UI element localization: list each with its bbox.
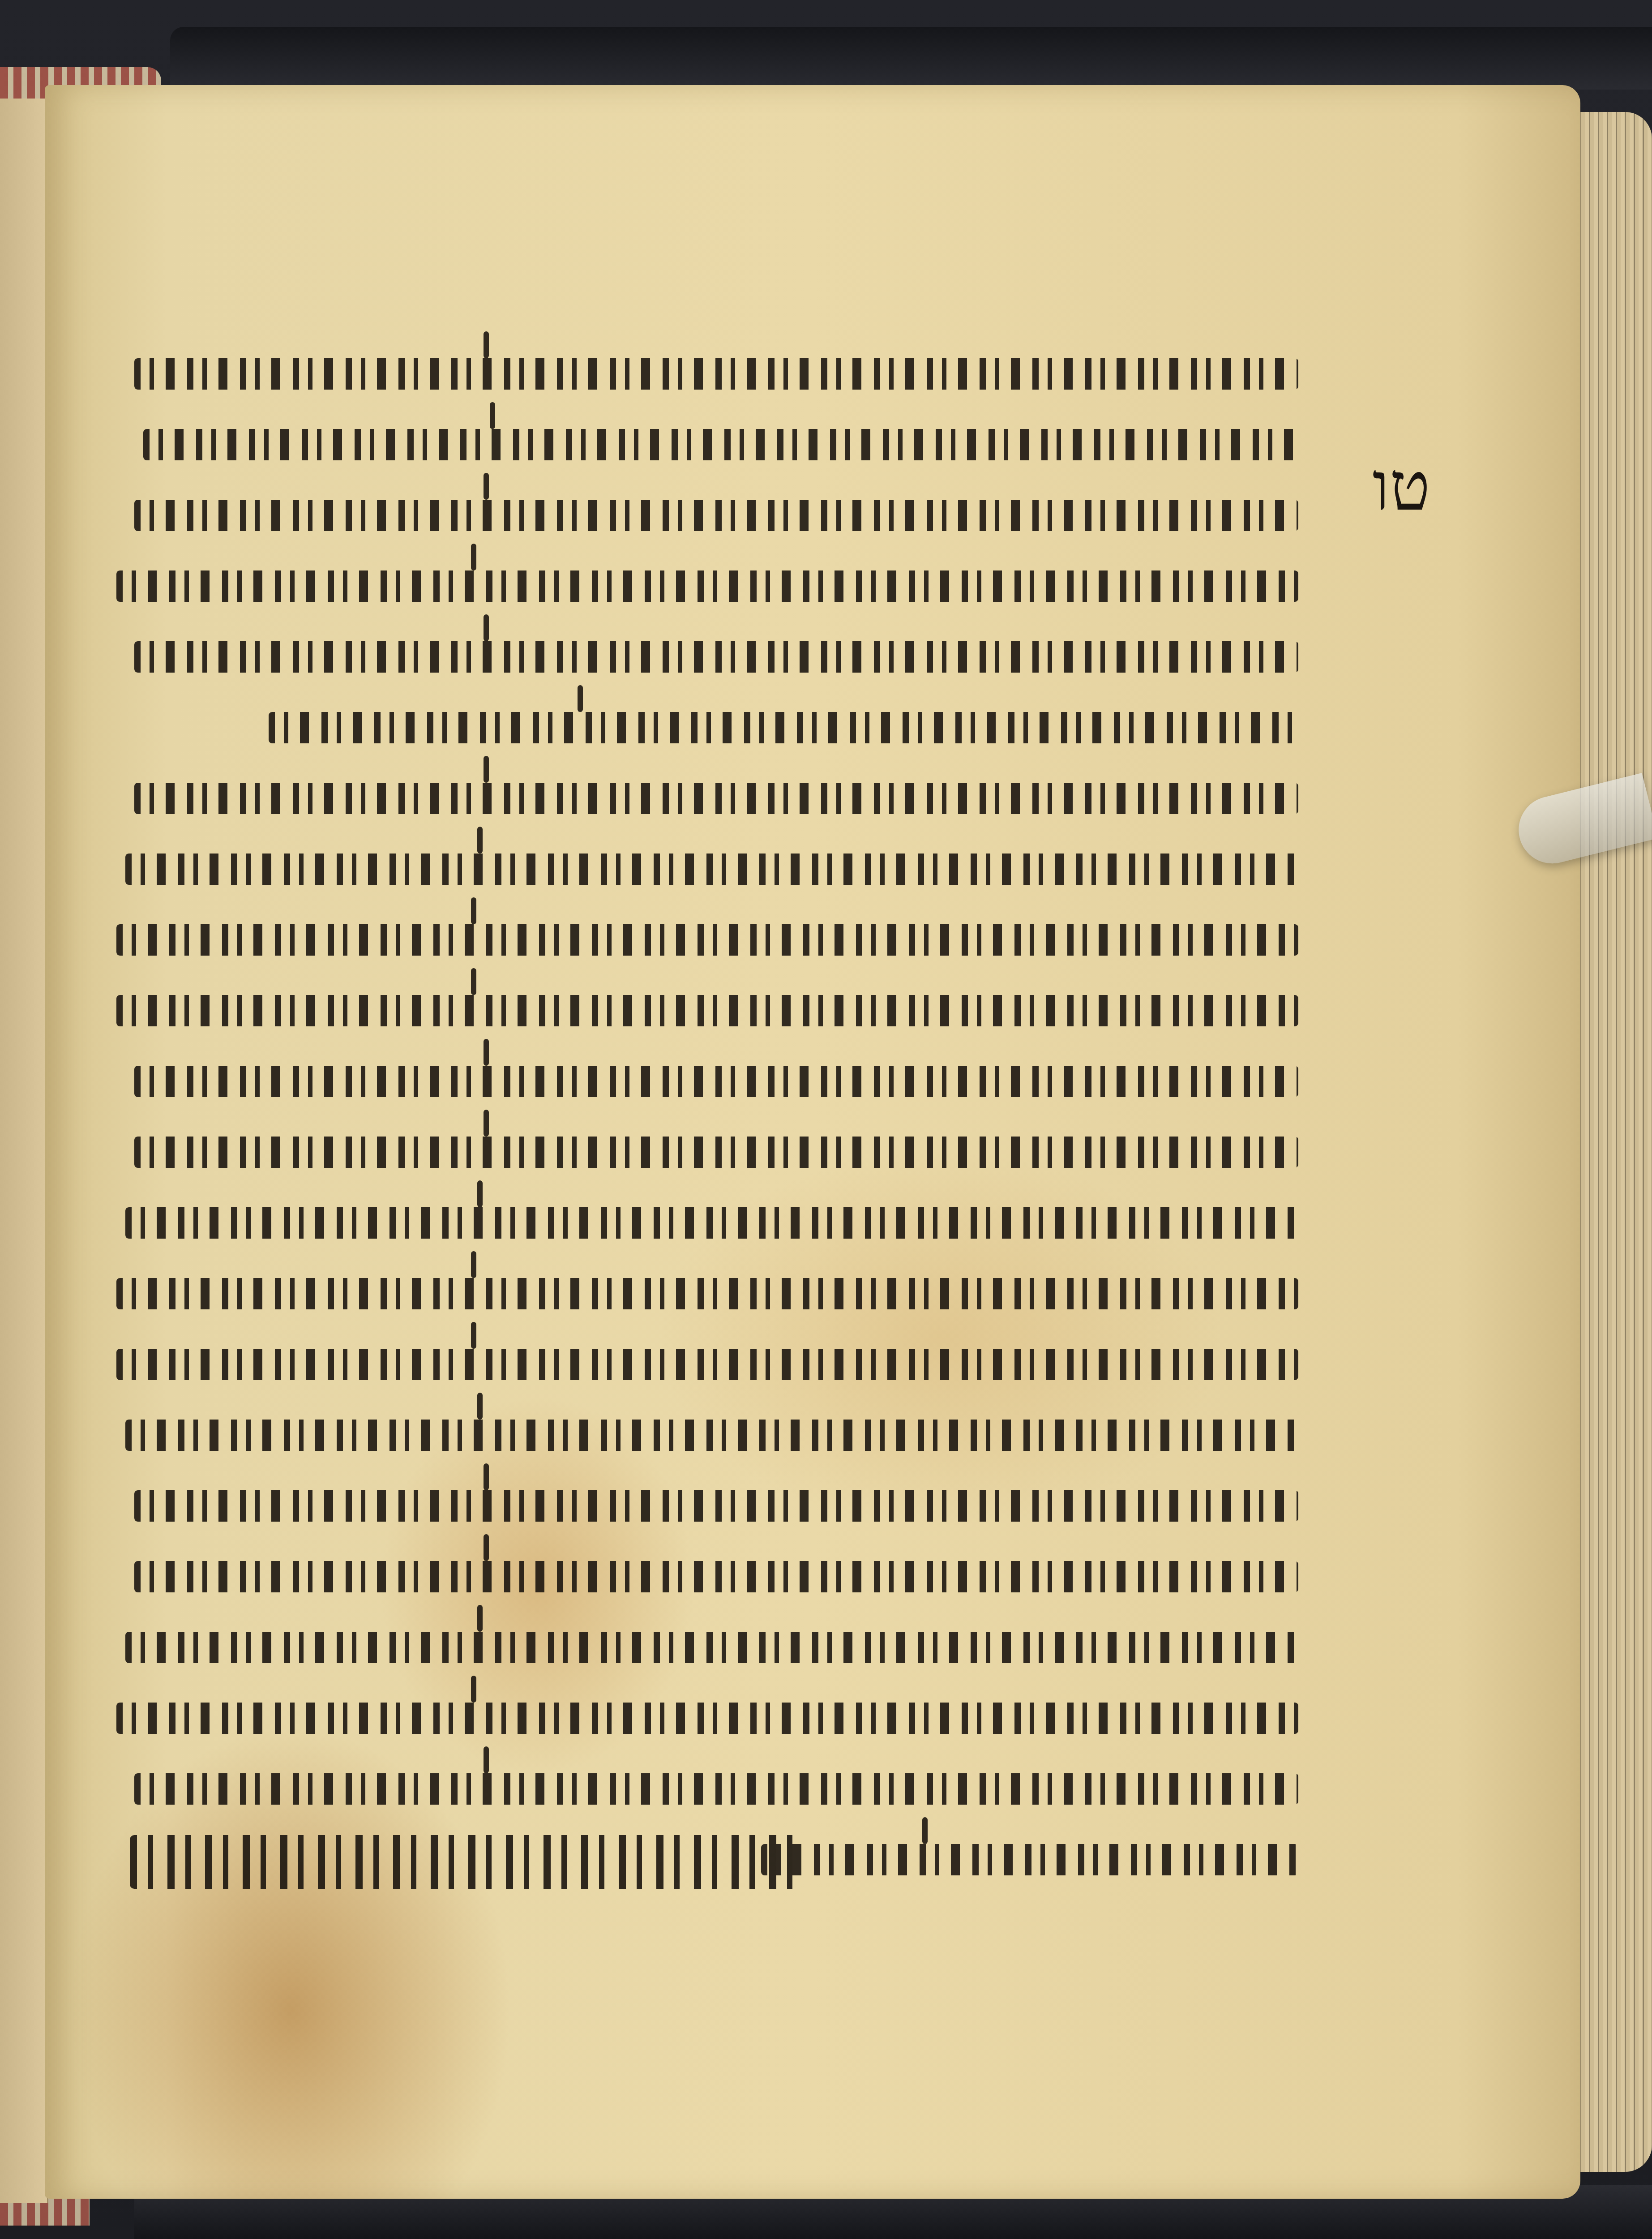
text-line (112, 1472, 1298, 1543)
text-line (112, 623, 1298, 694)
text-line (112, 1826, 1298, 1897)
text-line (112, 340, 1298, 411)
text-line (112, 482, 1298, 553)
text-line (112, 1260, 1298, 1331)
catchword-line (130, 1835, 801, 1889)
binding-cover-top (170, 27, 1652, 90)
folio-number: טו (1352, 448, 1451, 526)
text-line (112, 1189, 1298, 1260)
text-line (112, 553, 1298, 623)
text-line (112, 1685, 1298, 1755)
text-line (112, 977, 1298, 1048)
text-block (112, 340, 1298, 1897)
text-line (112, 765, 1298, 836)
text-line (112, 836, 1298, 906)
facing-leaf-edge (0, 99, 48, 2203)
text-line (112, 411, 1298, 482)
text-line (112, 1402, 1298, 1472)
text-line (112, 1755, 1298, 1826)
text-line (112, 694, 1298, 765)
text-line (112, 1331, 1298, 1402)
text-line (112, 1614, 1298, 1685)
text-line (112, 1048, 1298, 1119)
text-line (112, 1543, 1298, 1614)
text-line (112, 906, 1298, 977)
text-line (112, 1119, 1298, 1189)
